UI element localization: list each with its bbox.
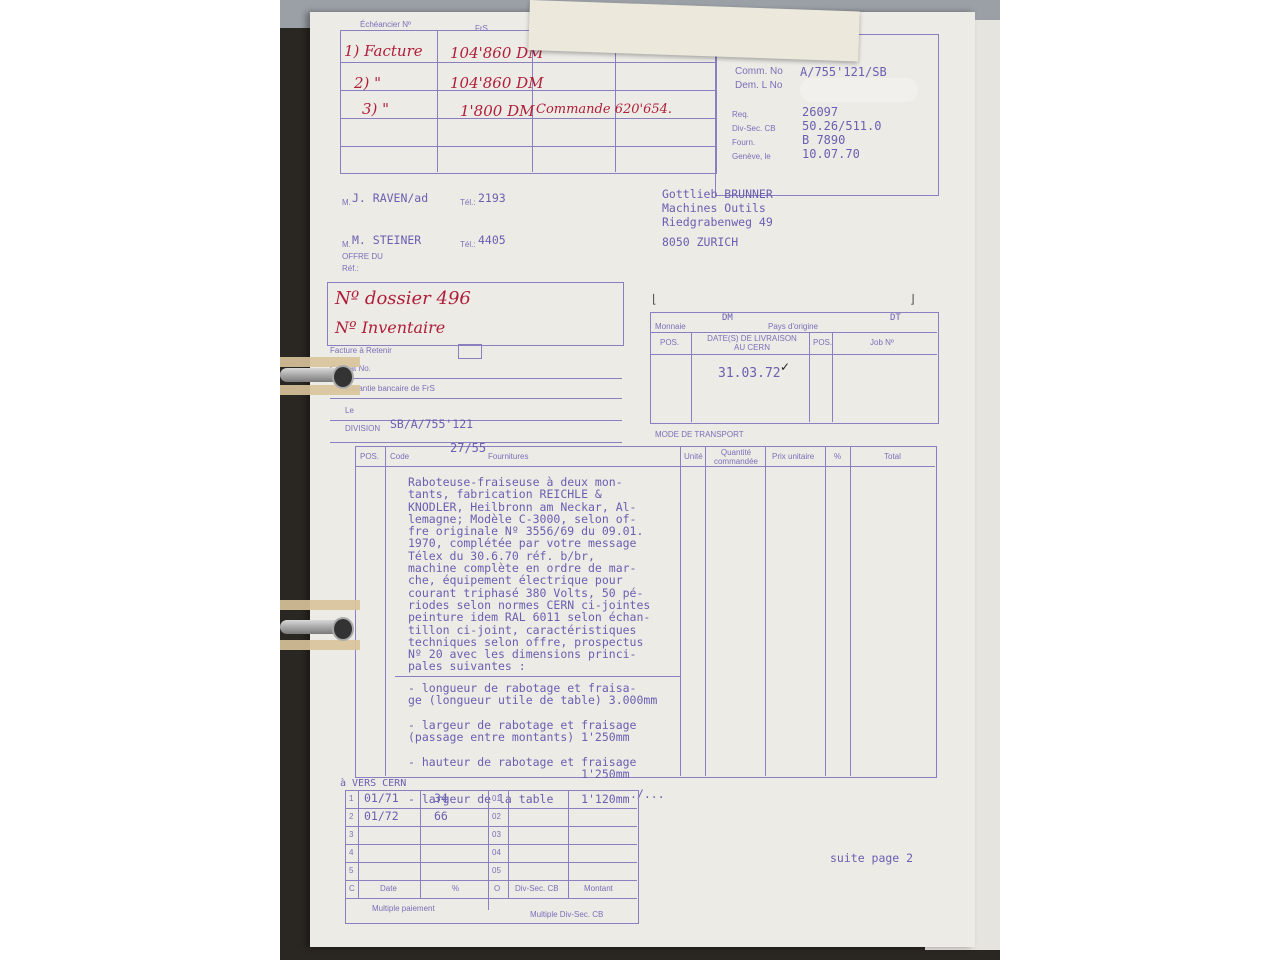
- tape-strip: [280, 640, 360, 650]
- req-label: Req.: [732, 110, 749, 119]
- ref-label: Réf.:: [342, 264, 359, 273]
- pays-origine-value: DT: [890, 312, 901, 324]
- inventaire-number: Nº Inventaire: [335, 318, 445, 337]
- pays-origine-label: Pays d'origine: [768, 322, 818, 331]
- payment-row-2-date: 01/72: [364, 810, 399, 822]
- payment-row-1-pct: 34: [434, 792, 448, 804]
- items-header-total: Total: [884, 452, 901, 461]
- comm-no-value: A/755'121/SB: [800, 66, 887, 78]
- monnaie-value: DM: [722, 312, 733, 324]
- item-code: 27/55: [450, 442, 486, 454]
- delivery-date: 31.03.72: [718, 368, 781, 380]
- supplier-street: Riedgrabenweg 49: [662, 216, 773, 228]
- facture-retenir-checkbox[interactable]: [458, 344, 482, 359]
- payment-row-1-code: 01: [492, 794, 501, 803]
- payment-footer-montant: Montant: [584, 884, 613, 893]
- binder-ring-icon: [280, 368, 350, 382]
- dossier-number: Nº dossier 496: [335, 288, 471, 309]
- facture-retenir-label: Facture à Retenir: [330, 346, 392, 355]
- items-header-pos: POS.: [360, 452, 379, 461]
- payment-row-4-n: 4: [349, 848, 353, 857]
- binder-ring-icon: [280, 620, 350, 634]
- continuation-note: suite page 2: [830, 852, 913, 864]
- items-header-code: Code: [390, 452, 409, 461]
- payment-footer-c: C: [349, 884, 355, 893]
- geneve-label: Genève, le: [732, 152, 771, 161]
- mode-transport-label: MODE DE TRANSPORT: [655, 430, 744, 439]
- payment-row-5-code: 05: [492, 866, 501, 875]
- multiple-div-label: Multiple Div-Sec. CB: [530, 910, 603, 919]
- division-value: SB/A/755'121: [390, 418, 473, 430]
- schedule-header-frs: FrS: [475, 24, 488, 33]
- redacted-label: [800, 78, 918, 102]
- items-header-percent: %: [834, 452, 841, 461]
- delivery-header-job: Job Nº: [870, 338, 894, 347]
- schedule-row-3-label: 3) ": [362, 100, 389, 118]
- div-sec-value: 50.26/511.0: [802, 120, 881, 132]
- payment-schedule-title: à VERS CERN: [340, 778, 406, 790]
- schedule-row-3-note: Commande 620'654.: [536, 102, 672, 117]
- contact-1-tel-label: Tél.:: [460, 198, 476, 207]
- supplier-line2: Machines Outils: [662, 202, 766, 214]
- supplier-name: Gottlieb BRUNNER: [662, 188, 773, 200]
- payment-row-1-n: 1: [349, 794, 353, 803]
- offre-label: OFFRE DU: [342, 252, 383, 261]
- contact-2-tel: 4405: [478, 234, 506, 246]
- monnaie-label: Monnaie: [655, 322, 686, 331]
- document-photo: Échéancier Nº FrS Au paiement Remarques …: [280, 0, 1000, 960]
- division-label: DIVISION: [345, 424, 380, 433]
- payment-row-5-n: 5: [349, 866, 353, 875]
- contact-1-name: J. RAVEN/ad: [352, 192, 428, 204]
- schedule-row-2-amount: 104'860 DM: [450, 74, 544, 92]
- schedule-row-3-amount: 1'800 DM: [460, 102, 534, 120]
- schedule-row-1-label: 1) Facture: [344, 42, 423, 60]
- contact-2-name: M. STEINER: [352, 234, 421, 246]
- delivery-header-pos: POS.: [660, 338, 679, 347]
- items-header-quantite: Quantité commandée: [708, 448, 764, 466]
- item-description: Raboteuse-fraiseuse à deux mon- tants, f…: [408, 476, 650, 673]
- item-dimensions: - longueur de rabotage et fraisa- ge (lo…: [408, 682, 657, 805]
- payment-footer-divsec: Div-Sec. CB: [515, 884, 559, 893]
- supplier-city: 8050 ZURICH: [662, 236, 738, 248]
- items-header-prix: Prix unitaire: [772, 452, 814, 461]
- comm-no-label: Comm. No: [735, 66, 783, 77]
- payment-row-4-code: 04: [492, 848, 501, 857]
- payment-row-3-n: 3: [349, 830, 353, 839]
- payment-row-2-n: 2: [349, 812, 353, 821]
- payment-footer-pct: %: [452, 884, 459, 893]
- contact-2-prefix: M.: [342, 240, 351, 249]
- order-date: 10.07.70: [802, 148, 860, 160]
- items-header-unite: Unité: [684, 452, 703, 461]
- schedule-row-2-label: 2) ": [354, 74, 381, 92]
- payment-row-2-code: 02: [492, 812, 501, 821]
- delivery-header-pos-2: POS.: [813, 338, 832, 347]
- req-value: 26097: [802, 106, 838, 118]
- payment-row-1-date: 01/71: [364, 792, 399, 804]
- contact-1-prefix: M.: [342, 198, 351, 207]
- multiple-paiement-label: Multiple paiement: [372, 904, 435, 913]
- payment-footer-o: O: [494, 884, 500, 893]
- dem-l-no-label: Dem. L No: [735, 80, 782, 91]
- fourn-value: B 7890: [802, 134, 845, 146]
- payment-row-2-pct: 66: [434, 810, 448, 822]
- delivery-header-date: DATE(S) DE LIVRAISON AU CERN: [702, 334, 802, 352]
- payment-row-3-code: 03: [492, 830, 501, 839]
- checkmark-icon: ✓: [780, 360, 790, 374]
- contact-2-tel-label: Tél.:: [460, 240, 476, 249]
- schedule-header-echeancier: Échéancier Nº: [360, 20, 411, 29]
- fourn-label: Fourn.: [732, 138, 755, 147]
- items-header-fournitures: Fournitures: [488, 452, 528, 461]
- le-label: Le: [345, 406, 354, 415]
- payment-footer-date: Date: [380, 884, 397, 893]
- purchase-order-form: Échéancier Nº FrS Au paiement Remarques …: [310, 12, 975, 947]
- tape-strip: [280, 600, 360, 610]
- contact-1-tel: 2193: [478, 192, 506, 204]
- div-sec-label: Div-Sec. CB: [732, 124, 776, 133]
